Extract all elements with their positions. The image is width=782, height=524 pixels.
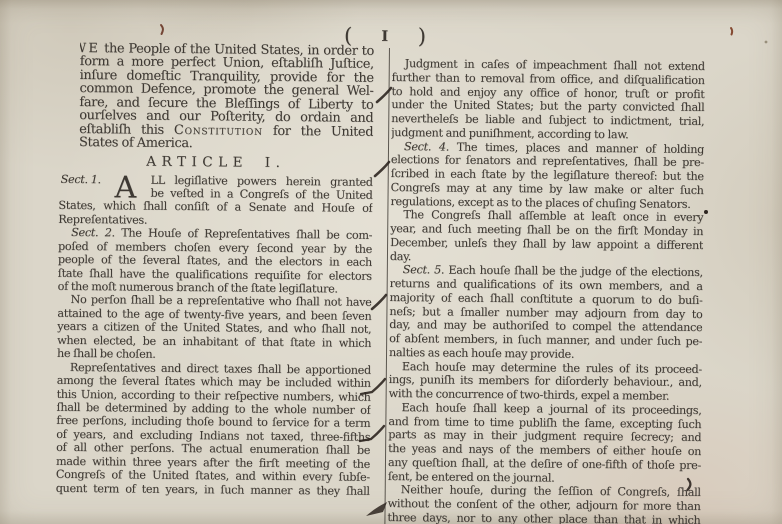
text-segment: for the United xyxy=(263,123,374,138)
text-line: States of America. xyxy=(79,136,373,152)
document-page: ( I ) WE the People of the United States… xyxy=(0,0,782,524)
sect-text: Sect. 4. xyxy=(404,140,449,153)
paragraph: Sect. 5. Each houſe ſhall be the judge o… xyxy=(389,263,703,362)
paragraph: No perſon ſhall be a repreſentative who … xyxy=(57,293,372,363)
page-number-close-paren: ) xyxy=(418,24,426,48)
page-content: ( I ) WE the People of the United States… xyxy=(0,0,782,524)
preamble-paragraph: WE the People of the United States, in o… xyxy=(59,42,374,153)
sect-text: Sect. 2. xyxy=(71,226,115,239)
paragraph: Judgment in caſes of impeachment ſhall n… xyxy=(391,57,705,143)
article-heading: ARTICLE I. xyxy=(59,152,373,172)
smallcaps-text: Constitution xyxy=(174,123,263,139)
paragraph: Each houſe may determine the rules of it… xyxy=(389,360,702,404)
section-1-paragraph: Sect. 1.ALL legiſlative powers herein gr… xyxy=(58,172,373,229)
right-column: Judgment in caſes of impeachment ſhall n… xyxy=(387,57,704,524)
section-label: Sect. 1. xyxy=(61,172,101,186)
sect-text: Sect. 5. xyxy=(403,263,444,276)
text-segment: The times, places and manner of holding xyxy=(449,140,704,155)
page-number-numeral: I xyxy=(381,27,388,44)
spread-text: WE xyxy=(80,42,100,56)
text-line: three days, nor to any other place than … xyxy=(387,511,700,524)
paragraph: Sect. 4. The times, places and manner of… xyxy=(390,140,704,212)
text-line: quent term of ten years, in ſuch manner … xyxy=(56,481,370,497)
left-column: WE the People of the United States, in o… xyxy=(56,42,374,498)
paragraph: The Congreſs ſhall aſſemble at leaſt onc… xyxy=(390,208,704,266)
paragraph: Sect. 2. The Houſe of Repreſentatives ſh… xyxy=(58,226,373,296)
paragraph: Neither houſe, during the ſeſſion of Con… xyxy=(387,483,700,524)
paragraph: Each houſe ſhall keep a journal of its p… xyxy=(388,401,702,487)
drop-cap: A xyxy=(114,174,136,201)
paragraph: Repreſentatives and direct taxes ſhall b… xyxy=(56,360,371,497)
